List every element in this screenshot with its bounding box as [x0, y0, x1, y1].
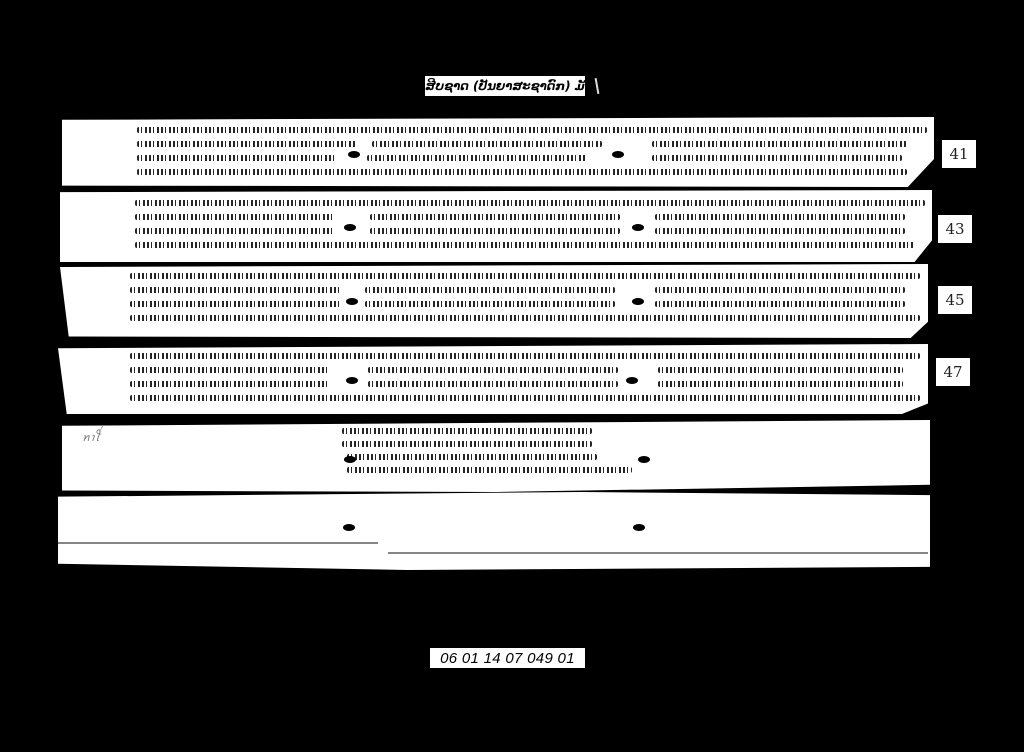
palm-leaf-45 — [60, 264, 928, 338]
margin-note: ꪀꪱꪻ꪿ — [82, 426, 100, 450]
script-line — [135, 200, 925, 206]
script-line — [652, 141, 907, 147]
script-line — [137, 169, 907, 175]
string-hole — [348, 151, 360, 158]
leaf-number-label: 41 — [942, 140, 976, 168]
script-line — [130, 381, 330, 387]
script-line — [368, 381, 618, 387]
script-line — [137, 141, 357, 147]
script-line — [365, 287, 615, 293]
string-hole — [346, 298, 358, 305]
script-line — [365, 301, 615, 307]
leaf-edge-streak — [58, 542, 378, 544]
script-line — [130, 273, 920, 279]
leaf-number-label: 47 — [936, 358, 970, 386]
leaf-number-label: 43 — [938, 215, 972, 243]
script-line — [367, 155, 587, 161]
script-line — [370, 228, 620, 234]
script-line — [130, 367, 330, 373]
script-line — [655, 214, 905, 220]
string-hole — [632, 224, 644, 231]
script-line — [135, 214, 335, 220]
string-hole — [344, 224, 356, 231]
script-line — [658, 381, 903, 387]
script-line — [130, 301, 340, 307]
film-id-label: 06 01 14 07 049 01 — [430, 648, 585, 668]
script-line — [655, 228, 905, 234]
palm-leaf-colophon: ꪀꪱꪻ꪿ — [62, 420, 930, 492]
leaf-number-label: 45 — [938, 286, 972, 314]
string-hole — [612, 151, 624, 158]
string-hole — [632, 298, 644, 305]
script-line — [347, 467, 632, 473]
script-line — [370, 214, 620, 220]
script-line — [372, 141, 602, 147]
script-line — [137, 127, 927, 133]
palm-leaf-41 — [62, 117, 934, 187]
script-line — [655, 287, 905, 293]
script-line — [137, 155, 337, 161]
script-line — [130, 315, 920, 321]
string-hole — [633, 524, 645, 531]
script-line — [655, 301, 905, 307]
string-hole — [343, 524, 355, 531]
string-hole — [626, 377, 638, 384]
palm-leaf-43 — [60, 190, 932, 262]
leaf-edge-streak — [388, 552, 928, 554]
document-title-label: ທ້າສີບຊາດ (ປັນຍາສະຊາດົກ) ມັດ5 — [425, 76, 585, 96]
string-hole — [344, 456, 356, 463]
script-line — [130, 353, 920, 359]
script-line — [342, 428, 592, 434]
script-line — [135, 228, 335, 234]
script-line — [368, 367, 618, 373]
script-line — [130, 287, 340, 293]
script-line — [347, 454, 597, 460]
string-hole — [346, 377, 358, 384]
script-line — [658, 367, 903, 373]
string-hole — [638, 456, 650, 463]
script-line — [135, 242, 915, 248]
script-line — [130, 395, 920, 401]
script-line — [652, 155, 902, 161]
palm-leaf-blank — [58, 492, 930, 570]
palm-leaf-47 — [58, 344, 928, 414]
script-line — [342, 441, 592, 447]
